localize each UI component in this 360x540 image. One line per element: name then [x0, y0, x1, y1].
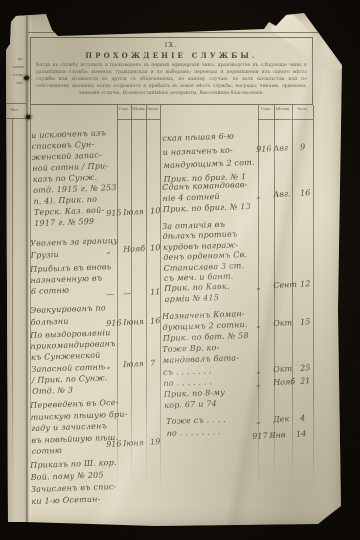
- day-value: 12: [300, 279, 313, 289]
- month-value: Авг.: [273, 189, 300, 199]
- scanned-document-photo: ва- нами отли- чія. Чис. IX. ПРОХОЖДЕНІЕ…: [0, 0, 360, 540]
- day-value: 10: [150, 206, 163, 216]
- month-value: Іюля: [123, 359, 150, 369]
- month-value: Окт: [273, 318, 300, 328]
- handwritten-entry: ская пѣшая 6-юи назначенъ ко-мандующимъ …: [162, 129, 255, 186]
- month-value: Іюня: [123, 438, 150, 448]
- date-entry: „Окт15: [256, 317, 313, 329]
- day-value: 4: [300, 413, 313, 423]
- date-entry: 916Іюня16: [106, 316, 163, 328]
- date-entry: 916Іюня19: [106, 437, 163, 449]
- handwritten-line: арміи № 415: [165, 292, 249, 305]
- date-entry: „Іюля7: [106, 358, 163, 370]
- month-value: Окт: [273, 364, 300, 374]
- years-header: Годы.: [118, 106, 130, 111]
- month-value: Іюля: [123, 207, 150, 217]
- handwritten-entry: Назначенъ Коман-дующимъ 2 сотни.Прик. по…: [162, 308, 249, 344]
- year-value: —: [106, 289, 123, 299]
- table-column-line: [160, 105, 161, 492]
- day-value: 15: [300, 317, 313, 327]
- handwritten-line: по . . . . . . . .: [166, 426, 226, 440]
- handwritten-line: 6 сотню: [31, 283, 112, 297]
- handwritten-line: Прик. по бриг. № 13: [163, 201, 251, 215]
- spine-column-header-fragment: Чис.: [10, 107, 19, 112]
- month-value: —: [123, 288, 150, 298]
- day-value: 21: [300, 376, 313, 386]
- days-header: Числа.: [147, 106, 159, 111]
- form-description: Когда въ службу вступилъ и произведенъ в…: [36, 63, 307, 98]
- header-underline: [258, 119, 313, 120]
- year-value: „: [106, 360, 123, 370]
- month-value: Дек: [273, 414, 300, 424]
- year-value: „: [256, 319, 273, 329]
- day-value: 19: [150, 437, 163, 447]
- day-value: 16: [300, 188, 313, 198]
- years-header: Годы.: [259, 106, 273, 111]
- year-value: 916: [106, 318, 123, 328]
- spine-text-fragment: чія.: [8, 80, 24, 85]
- spine-text-fragment: ва-: [8, 56, 24, 61]
- year-value: 915: [106, 208, 123, 218]
- day-value: 25: [300, 363, 313, 373]
- year-value: „: [256, 190, 273, 200]
- day-value: 16: [150, 316, 163, 326]
- handwritten-entry: Сданъ командовав-ніе 4 сотнейПрик. по бр…: [162, 179, 251, 215]
- handwritten-line: Отд. № 3: [32, 383, 117, 397]
- date-entry: „Окт25: [256, 363, 313, 375]
- spine-text-fragment: нами: [8, 64, 24, 69]
- section-header-box: IX. ПРОХОЖДЕНІЕ СЛУЖБЫ. Когда въ службу …: [30, 37, 313, 105]
- spine-column-line: [12, 118, 13, 478]
- handwritten-entry: Тоже съ . . . .по . . . . . . . .: [166, 414, 226, 440]
- spine-rule: [6, 103, 26, 104]
- year-value: „: [256, 415, 273, 425]
- handwritten-entry: Прибылъ въ вновьназначенную въ6 сотню: [30, 261, 112, 297]
- handwritten-line: болѣзни: [30, 314, 106, 328]
- date-entry: „Дек4: [256, 413, 313, 425]
- year-value: 916: [106, 439, 123, 449]
- date-entry: „Авг.16: [256, 188, 313, 200]
- day-value: 11: [150, 287, 163, 297]
- handwritten-entry: и исключенъ изъсписковъ Сун-женской запа…: [31, 127, 118, 229]
- month-value: Янв: [269, 430, 296, 440]
- binder-hole: [24, 76, 29, 80]
- year-value: „: [106, 245, 123, 255]
- handwritten-line: кор. 67 и 74: [164, 398, 241, 412]
- month-value: Авг: [273, 143, 300, 153]
- handwritten-entry: Эвакуированъ поболѣзни: [30, 302, 106, 328]
- day-value: 14: [296, 429, 309, 439]
- year-value: „: [256, 378, 273, 388]
- header-underline: [117, 119, 160, 120]
- date-entry: „Сент12: [256, 279, 313, 291]
- handwritten-entry: По выздоровленіиприкомандированъкъ Сунже…: [30, 327, 117, 397]
- year-value: 917: [252, 431, 269, 441]
- date-entry: ——11: [106, 287, 163, 299]
- handwritten-line: ки 1-ю Осетин-: [31, 493, 118, 508]
- section-title: ПРОХОЖДЕНІЕ СЛУЖБЫ.: [31, 51, 312, 60]
- date-entry: 916Авг9: [256, 142, 313, 154]
- handwritten-entry: Приказъ по Ш. кор.Вой. пому № 205Зачисле…: [30, 457, 118, 508]
- handwritten-entry: Тоже Вр. ко-мандовалъ бата-съ . . . . . …: [162, 341, 241, 411]
- section-number: IX.: [31, 41, 312, 49]
- document-page: ва- нами отли- чія. Чис. IX. ПРОХОЖДЕНІЕ…: [6, 10, 344, 528]
- date-entry: „Нояб10: [106, 243, 163, 255]
- month-value: Нояб: [273, 377, 300, 387]
- table-border-right: [313, 105, 314, 498]
- handwritten-line: 1917 г. № 599: [34, 215, 118, 229]
- day-value: 10: [150, 243, 163, 253]
- spine-text-fragment: отли-: [8, 72, 24, 77]
- date-header-group-left: Годы. Мѣсяцы. Числа.: [117, 106, 160, 111]
- year-value: „: [256, 281, 273, 291]
- months-header: Мѣсяцы.: [132, 106, 145, 111]
- year-value: „: [256, 365, 273, 375]
- book-spine-edge: ва- нами отли- чія. Чис.: [6, 10, 28, 528]
- months-header: Мѣсяцы.: [275, 106, 290, 111]
- year-value: 916: [256, 144, 273, 154]
- date-header-group-right: Годы. Мѣсяцы. Числа.: [258, 106, 313, 111]
- days-header: Числа.: [294, 106, 312, 111]
- page-top-rule: [28, 32, 333, 33]
- date-entry: 917Янв14: [252, 429, 309, 441]
- date-entry: „Нояб21: [256, 376, 313, 388]
- handwritten-entry: За отличія въдѣлахъ противъкурдовъ награ…: [162, 219, 249, 305]
- date-entry: 915Іюля10: [106, 206, 163, 218]
- spine-rule: [6, 118, 26, 119]
- day-value: 9: [300, 142, 313, 152]
- month-value: Іюня: [123, 317, 150, 327]
- day-value: 7: [150, 358, 163, 368]
- month-value: Нояб: [123, 244, 150, 254]
- month-value: Сент: [273, 280, 300, 290]
